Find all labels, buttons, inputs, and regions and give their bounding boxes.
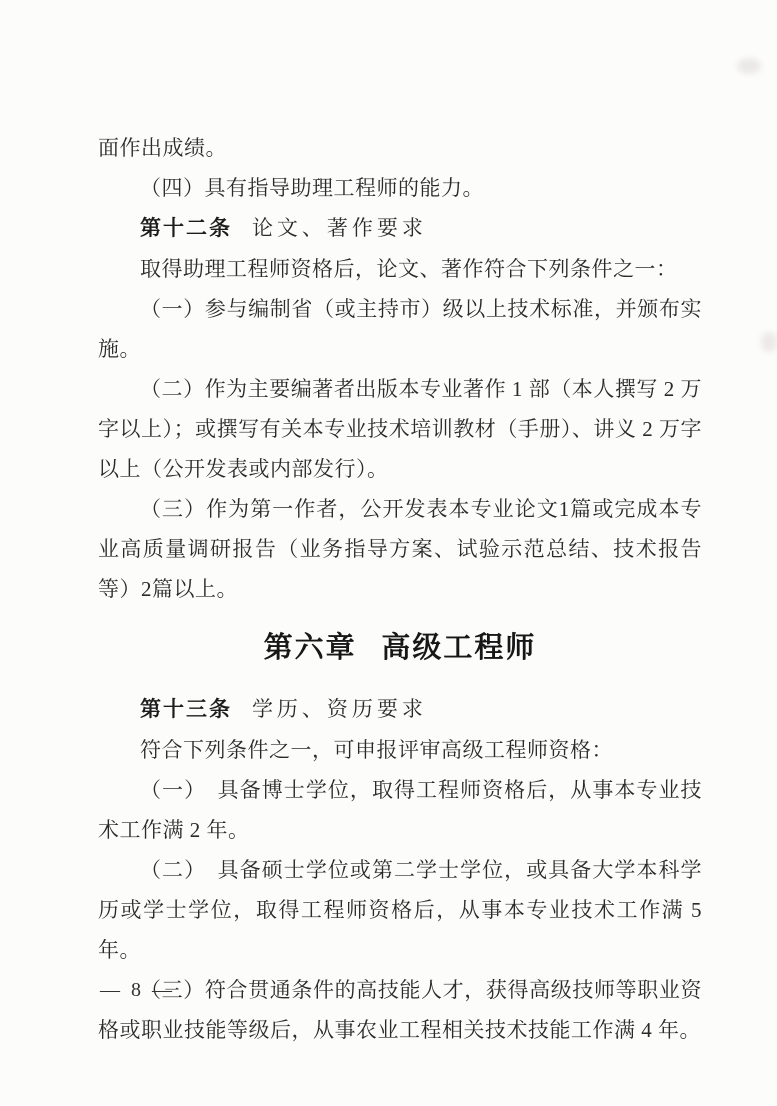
page-body: 面作出成绩。 （四）具有指导助理工程师的能力。 第十二条论文、著作要求 取得助理… <box>98 128 702 1050</box>
document-page: 面作出成绩。 （四）具有指导助理工程师的能力。 第十二条论文、著作要求 取得助理… <box>0 0 777 1106</box>
list-item-3: （三）作为第一作者，公开发表本专业论文1篇或完成本专业高质量调研报告（业务指导方… <box>98 489 702 609</box>
list-item-2: （二）作为主要编著者出版本专业著作 1 部（本人撰写 2 万字以上）；或撰写有关… <box>98 369 702 489</box>
article-12-heading: 第十二条论文、著作要求 <box>98 208 702 249</box>
senior-item-3: （三）符合贯通条件的高技能人才，获得高级技师等职业资格或职业技能等级后，从事农业… <box>98 970 702 1050</box>
chapter-title: 高级工程师 <box>381 632 536 664</box>
list-item-4: （四）具有指导助理工程师的能力。 <box>98 168 702 208</box>
scan-artifact <box>737 58 761 74</box>
page-number: — 8 — <box>100 978 175 1002</box>
scan-artifact <box>761 332 777 352</box>
paragraph-intro-articles: 取得助理工程师资格后，论文、著作符合下列条件之一： <box>98 249 702 289</box>
article-12-title: 论文、著作要求 <box>252 216 427 240</box>
chapter-heading: 第六章高级工程师 <box>98 627 702 669</box>
paragraph-intro-senior: 符合下列条件之一，可申报评审高级工程师资格： <box>98 730 702 770</box>
senior-item-1: （一） 具备博士学位，取得工程师资格后，从事本专业技术工作满 2 年。 <box>98 770 702 850</box>
article-13-title: 学历、资历要求 <box>252 697 427 721</box>
chapter-number: 第六章 <box>264 632 357 664</box>
article-13-heading: 第十三条学历、资历要求 <box>98 689 702 730</box>
list-item-1: （一）参与编制省（或主持市）级以上技术标准，并颁布实施。 <box>98 289 702 369</box>
article-12-number: 第十二条 <box>140 217 232 240</box>
article-13-number: 第十三条 <box>140 698 232 721</box>
paragraph-continuation: 面作出成绩。 <box>98 128 702 168</box>
senior-item-2: （二） 具备硕士学位或第二学士学位，或具备大学本科学历或学士学位，取得工程师资格… <box>98 850 702 970</box>
